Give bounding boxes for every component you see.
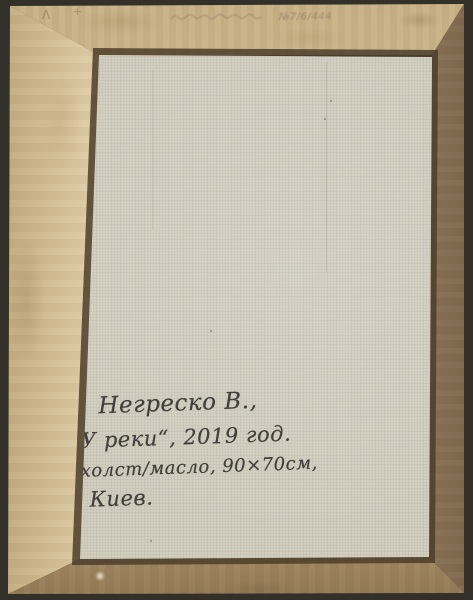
pencil-scribble: [170, 12, 265, 23]
pencil-mark: +: [73, 5, 82, 18]
canvas-thread-line: [152, 70, 153, 230]
painting-title-year: „У реки“, 2019 год.: [69, 423, 318, 453]
handwritten-inscription: Негреско В., „У реки“, 2019 год. холст/м…: [66, 388, 320, 512]
canvas-speck: [210, 330, 212, 332]
pencil-mark: Λ: [42, 8, 50, 22]
artist-signature: Негреско В.,: [98, 388, 317, 419]
city-label: Киев.: [89, 482, 320, 511]
faint-pencil-inscription: №7/6/444: [170, 8, 350, 26]
canvas-speck: [324, 118, 326, 120]
canvas-thread-line: [326, 62, 327, 272]
canvas-speck: [330, 100, 332, 102]
pencil-note-number: №7/6/444: [279, 11, 332, 23]
medium-and-size: холст/масло, 90×70см,: [80, 455, 318, 481]
photo-of-canvas-back: Λ + №7/6/444 Негреско В., „У реки“, 2019…: [0, 0, 473, 600]
canvas-speck: [150, 540, 152, 542]
